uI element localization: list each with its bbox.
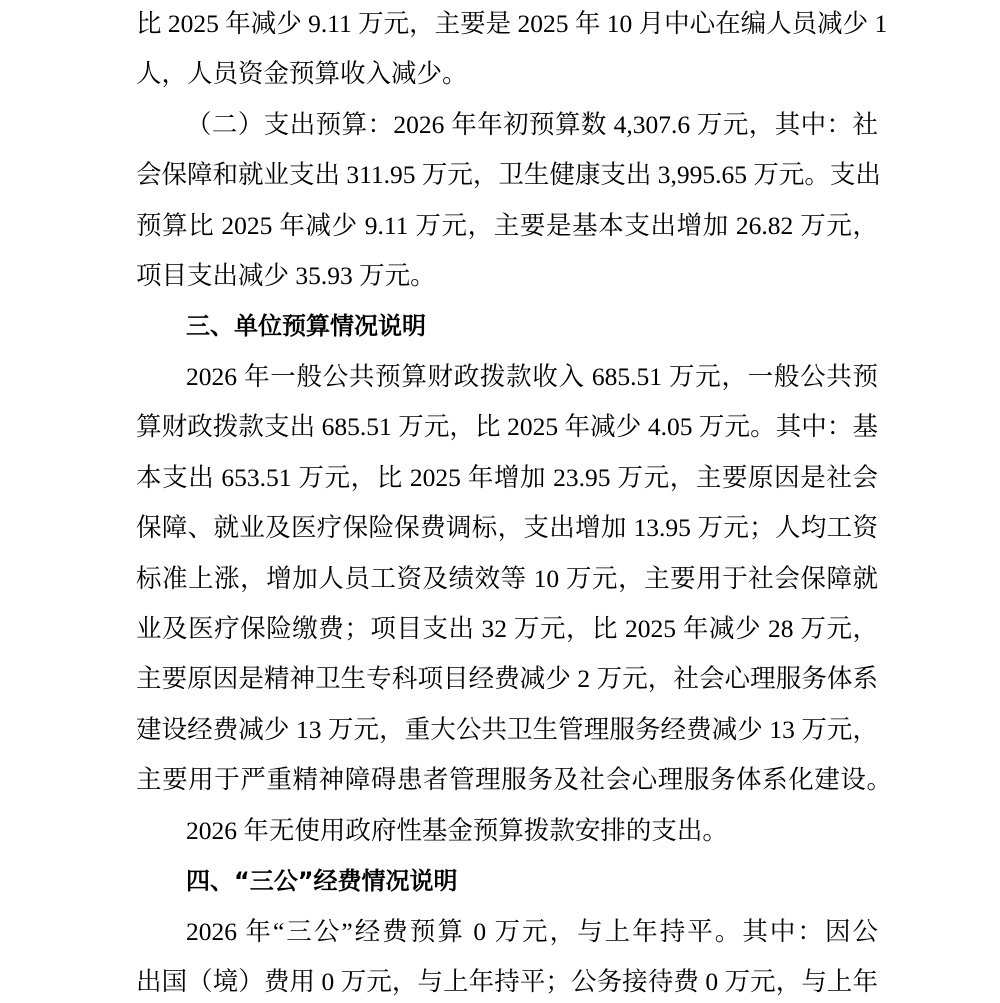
paragraph-line: 人，人员资金预算收入减少。	[136, 54, 878, 94]
paragraph-line: 主要用于严重精神障碍患者管理服务及社会心理服务体系化建设。	[136, 760, 892, 800]
paragraph-line: 算财政拨款支出 685.51 万元，比 2025 年减少 4.05 万元。其中：…	[136, 407, 878, 447]
paragraph-line: 项目支出减少 35.93 万元。	[136, 256, 878, 296]
paragraph-line: 本支出 653.51 万元，比 2025 年增加 23.95 万元，主要原因是社…	[136, 458, 878, 498]
paragraph-line: 预算比 2025 年减少 9.11 万元，主要是基本支出增加 26.82 万元，	[136, 206, 878, 246]
paragraph-line: 主要原因是精神卫生专科项目经费减少 2 万元，社会心理服务体系	[136, 659, 878, 699]
paragraph-line: 建设经费减少 13 万元，重大公共卫生管理服务经费减少 13 万元，	[136, 710, 878, 750]
paragraph-line: 2026 年“三公”经费预算 0 万元，与上年持平。其中：因公	[186, 912, 878, 952]
paragraph-line: 会保障和就业支出 311.95 万元，卫生健康支出 3,995.65 万元。支出	[136, 155, 878, 195]
section-heading-three-public-expenses: 四、“三公”经费情况说明	[186, 861, 878, 901]
paragraph-line: 标准上涨，增加人员工资及绩效等 10 万元，主要用于社会保障就	[136, 559, 878, 599]
document-page: 比 2025 年减少 9.11 万元，主要是 2025 年 10 月中心在编人员…	[0, 0, 1000, 1003]
paragraph-line: 比 2025 年减少 9.11 万元，主要是 2025 年 10 月中心在编人员…	[136, 4, 878, 44]
paragraph-line: 出国（境）费用 0 万元，与上年持平；公务接待费 0 万元，与上年	[136, 962, 878, 1002]
paragraph-line: 业及医疗保险缴费；项目支出 32 万元，比 2025 年减少 28 万元，	[136, 609, 878, 649]
paragraph-line: 2026 年一般公共预算财政拨款收入 685.51 万元，一般公共预	[186, 357, 878, 397]
paragraph-line-expenditure-budget: （二）支出预算：2026 年年初预算数 4,307.6 万元，其中：社	[186, 105, 878, 145]
section-heading-unit-budget: 三、单位预算情况说明	[186, 306, 878, 346]
paragraph-line-government-fund: 2026 年无使用政府性基金预算拨款安排的支出。	[186, 811, 878, 851]
paragraph-line: 保障、就业及医疗保险保费调标，支出增加 13.95 万元；人均工资	[136, 508, 878, 548]
